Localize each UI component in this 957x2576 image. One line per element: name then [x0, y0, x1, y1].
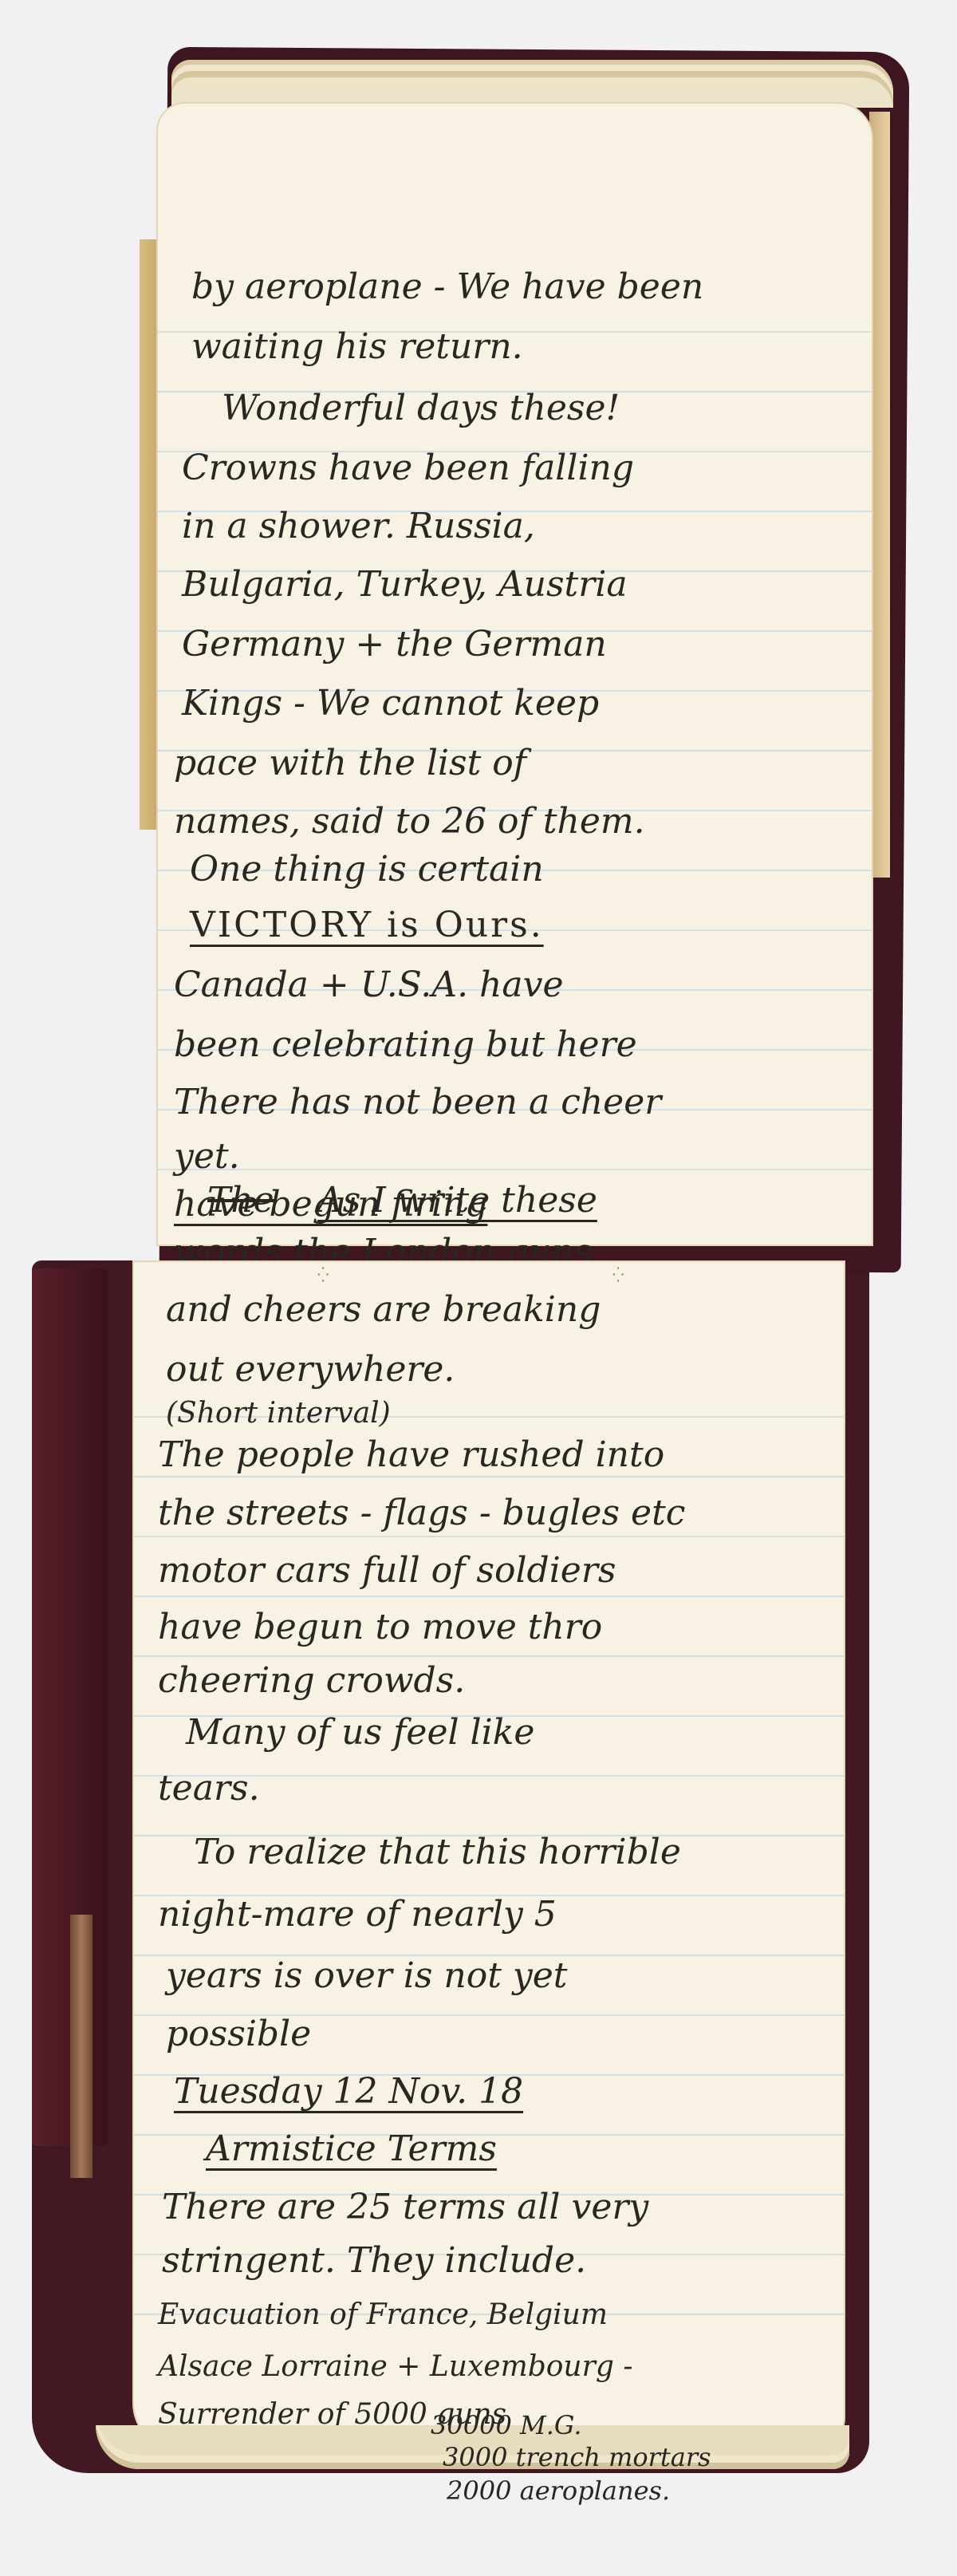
perforation-mark: ⁛ — [612, 1267, 625, 1284]
text-line: The people have rushed into — [158, 1431, 664, 1479]
text-line-note: (Short interval) — [166, 1390, 391, 1438]
text-line: names, said to 26 of them. — [174, 798, 645, 846]
ribbon-bookmark — [70, 1915, 93, 2178]
gilt-page-edge-right — [869, 112, 890, 878]
text-line: One thing is certain — [190, 846, 544, 894]
text-line: Canada + U.S.A. have — [174, 961, 564, 1009]
text-line: Alsace Lorraine + Luxembourg - — [158, 2343, 632, 2391]
entry-date-heading: Tuesday 12 Nov. 18 — [174, 2068, 523, 2116]
text-line: Wonderful days these! — [222, 385, 620, 432]
text-line: There has not been a cheer — [174, 1079, 661, 1126]
text-line: cheering crowds. — [158, 1657, 465, 1705]
perforation-mark: ⁛ — [317, 1267, 330, 1284]
text-line: 2000 aeroplanes. — [447, 2467, 670, 2515]
text-line: been celebrating but here — [174, 1021, 637, 1069]
text-line: Germany + the German — [182, 621, 607, 669]
text-line: by aeroplane - We have been — [191, 263, 703, 311]
text-line: Bulgaria, Turkey, Austria — [182, 561, 628, 609]
text-line: Kings - We cannot keep — [182, 680, 599, 728]
text-line: and cheers are breaking — [166, 1286, 601, 1334]
notebook-page-lower: ⁛ ⁛ and cheers are breaking out everywhe… — [134, 1262, 844, 2451]
text-line: Evacuation of France, Belgium — [158, 2291, 608, 2339]
text-line: Crowns have been falling — [182, 444, 634, 492]
page-stack-top — [171, 60, 893, 108]
text-line: pace with the list of — [174, 740, 526, 787]
text-line: have begun to move thro — [158, 1604, 602, 1651]
text-line: yet. — [174, 1133, 240, 1181]
text-line: To realize that this horrible — [194, 1828, 681, 1876]
text-line: night-mare of nearly 5 — [158, 1891, 557, 1939]
text-line: Many of us feel like — [186, 1709, 534, 1757]
text-line: the streets - flags - bugles etc — [158, 1489, 685, 1537]
notebook-page-upper: by aeroplane - We have been waiting his … — [158, 104, 872, 1245]
text-line: There are 25 terms all very — [162, 2183, 648, 2231]
text-line: possible — [166, 2010, 311, 2058]
section-heading: Armistice Terms — [206, 2125, 497, 2173]
text-line: out everywhere. — [166, 1346, 455, 1394]
gilt-page-edge-left — [140, 239, 159, 830]
text-line: in a shower. Russia, — [182, 503, 535, 550]
victory-heading: VICTORY is Ours. — [190, 901, 544, 949]
text-line: waiting his return. — [191, 323, 523, 371]
text-line: motor cars full of soldiers — [158, 1547, 616, 1595]
text-line: stringent. They include. — [162, 2237, 586, 2285]
text-line: years is over is not yet — [166, 1952, 568, 2000]
text-line: tears. — [158, 1765, 260, 1813]
text-line-underlined: have begun firing — [174, 1181, 487, 1229]
